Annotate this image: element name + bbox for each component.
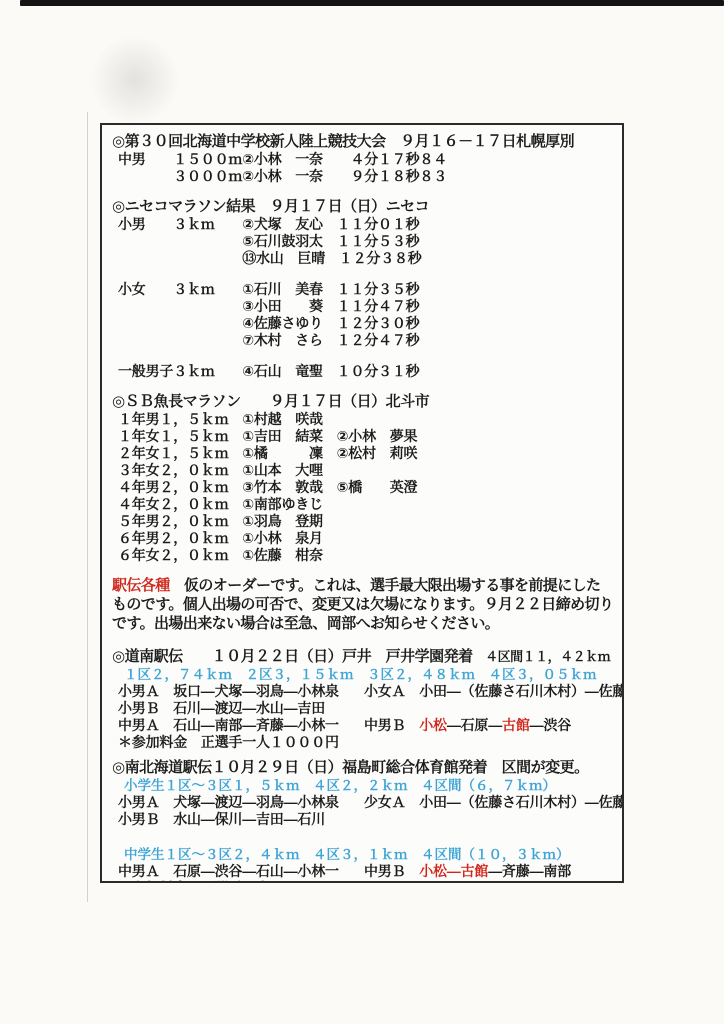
section-donan: ◎道南駅伝 １０月２２日（日）戸井 戸井学園発着 ４区間１１，４２ｋｍ １区２，… <box>112 647 614 751</box>
ekiden-note-label: 駅伝各種 <box>112 577 170 594</box>
team-line: 小男Ａ 犬塚―渡辺―羽鳥―小林泉少女Ａ 小田―（佐藤さ石川木村）―佐藤柑 <box>112 794 614 811</box>
section-uocho: ◎ＳＢ魚長マラソン ９月１７日（日）北斗市 １年男１，５ｋｍ ①村越 咲哉 １年… <box>112 392 614 564</box>
fee-line: ＊参加料金 正選手一人１０００円 <box>112 734 614 751</box>
nanboku-elementary-distances: 小学生１区～３区１，５ｋｍ ４区２，２ｋｍ ４区間（６，７ｋｍ） <box>112 777 614 794</box>
nanboku-junior-distances: 中学生１区～３区２，４ｋｍ ４区３，１ｋｍ ４区間（１０，３ｋｍ） <box>112 846 614 863</box>
changed-runner: 小松―古館 <box>419 863 488 879</box>
result-line: ⑬水山 巨晴 １２分３８秒 <box>112 250 614 267</box>
changed-runner: 古館 <box>502 717 530 733</box>
donan-leg-distances: １区２，７４ｋｍ ２区３，１５ｋｍ ３区２，４８ｋｍ ４区３，０５ｋｍ <box>112 666 614 683</box>
shinjin-heading: ◎第３０回北海道中学校新人陸上競技大会 ９月１６－１７日札幌厚別 <box>112 132 614 151</box>
result-line: ⑦木村 さら １２分４７秒 <box>112 332 614 349</box>
result-line: 小女 ３ｋｍ ①石川 美春 １１分３５秒 <box>112 281 614 298</box>
section-niseko: ◎ニセコマラソン結果 ９月１７日（日）ニセコ 小男 ３ｋｍ ②犬塚 友心 １１分… <box>112 197 614 380</box>
result-line: １年男１，５ｋｍ ①村越 咲哉 <box>112 411 614 428</box>
niseko-heading: ◎ニセコマラソン結果 ９月１７日（日）ニセコ <box>112 197 614 216</box>
team-line: 中男Ａ 石原―渋谷―石山―小林一中男Ｂ 小松―古館―斉藤―南部 <box>112 863 614 880</box>
result-line: ⑤石川鼓羽太 １１分５３秒 <box>112 233 614 250</box>
nanboku-heading: ◎南北海道駅伝１０月２９日（日）福島町総合体育館発着 区間が変更。 <box>112 758 614 777</box>
team-line: 中男Ａ 石山―南部―斉藤―小林一中男Ｂ 小松―石原―古館―渋谷 <box>112 717 614 734</box>
result-line: １年女１，５ｋｍ ①吉田 結菜 ②小林 夢果 <box>112 428 614 445</box>
result-line: ２年女１，５ｋｍ ①橘 凜 ②松村 莉咲 <box>112 445 614 462</box>
donan-heading-distance: ４区間１１，４２ｋｍ <box>473 649 611 664</box>
uocho-heading: ◎ＳＢ魚長マラソン ９月１７日（日）北斗市 <box>112 392 614 411</box>
result-line: ４年女２，０ｋｍ ①南部ゆきじ <box>112 496 614 513</box>
result-line: ３０００ｍ②小林 一奈 ９分１８秒８３ <box>112 168 614 185</box>
result-line: ④佐藤さゆり １２分３０秒 <box>112 315 614 332</box>
scan-artifact-topbar <box>20 0 724 6</box>
team-line: 小男Ａ 坂口―犬塚―羽鳥―小林泉小女Ａ 小田―（佐藤さ石川木村）―佐藤柑 <box>112 683 614 700</box>
result-line: ４年男２，０ｋｍ ③竹本 敦哉 ⑤橋 英澄 <box>112 479 614 496</box>
result-line: ６年男２，０ｋｍ ①小林 泉月 <box>112 530 614 547</box>
ekiden-note: 駅伝各種 仮のオーダーです。これは、選手最大限出場する事を前提にしたものです。個… <box>112 576 614 633</box>
team-line: 小男Ｂ 石川―渡辺―水山―吉田 <box>112 700 614 717</box>
result-line: ６年女２，０ｋｍ ①佐藤 柑奈 <box>112 547 614 564</box>
ekiden-note-body: 仮のオーダーです。これは、選手最大限出場する事を前提にしたものです。個人出場の可… <box>112 577 613 632</box>
section-nanboku: ◎南北海道駅伝１０月２９日（日）福島町総合体育館発着 区間が変更。 小学生１区～… <box>112 758 614 883</box>
result-line: 中男 １５００ｍ②小林 一奈 ４分１７秒８４ <box>112 151 614 168</box>
result-line: ③小田 葵 １１分４７秒 <box>112 298 614 315</box>
result-line: 一般男子３ｋｍ ④石山 竜聖 １０分３１秒 <box>112 363 614 380</box>
result-line: 小男 ３ｋｍ ②犬塚 友心 １１分０１秒 <box>112 216 614 233</box>
scan-artifact-smudge <box>90 35 180 125</box>
result-line: ５年男２，０ｋｍ ①羽鳥 登期 <box>112 513 614 530</box>
donan-heading: ◎道南駅伝 １０月２２日（日）戸井 戸井学園発着 ４区間１１，４２ｋｍ <box>112 647 614 666</box>
scanned-document-page: { "colors": { "ink": "#1c1c1c", "red": "… <box>0 0 724 1024</box>
scan-artifact-page-edge <box>87 112 88 902</box>
document-border-box: ◎第３０回北海道中学校新人陸上競技大会 ９月１６－１７日札幌厚別 中男 １５００… <box>100 123 624 883</box>
changed-runner: 小松 <box>419 717 447 733</box>
section-shinjin: ◎第３０回北海道中学校新人陸上競技大会 ９月１６－１７日札幌厚別 中男 １５００… <box>112 132 614 185</box>
fee-line: ＊参加料金 正選手一人 ７５０円 <box>112 880 614 883</box>
result-line: ３年女２，０ｋｍ ①山本 大哩 <box>112 462 614 479</box>
team-line: 小男Ｂ 水山―保川―吉田―石川 <box>112 811 614 828</box>
